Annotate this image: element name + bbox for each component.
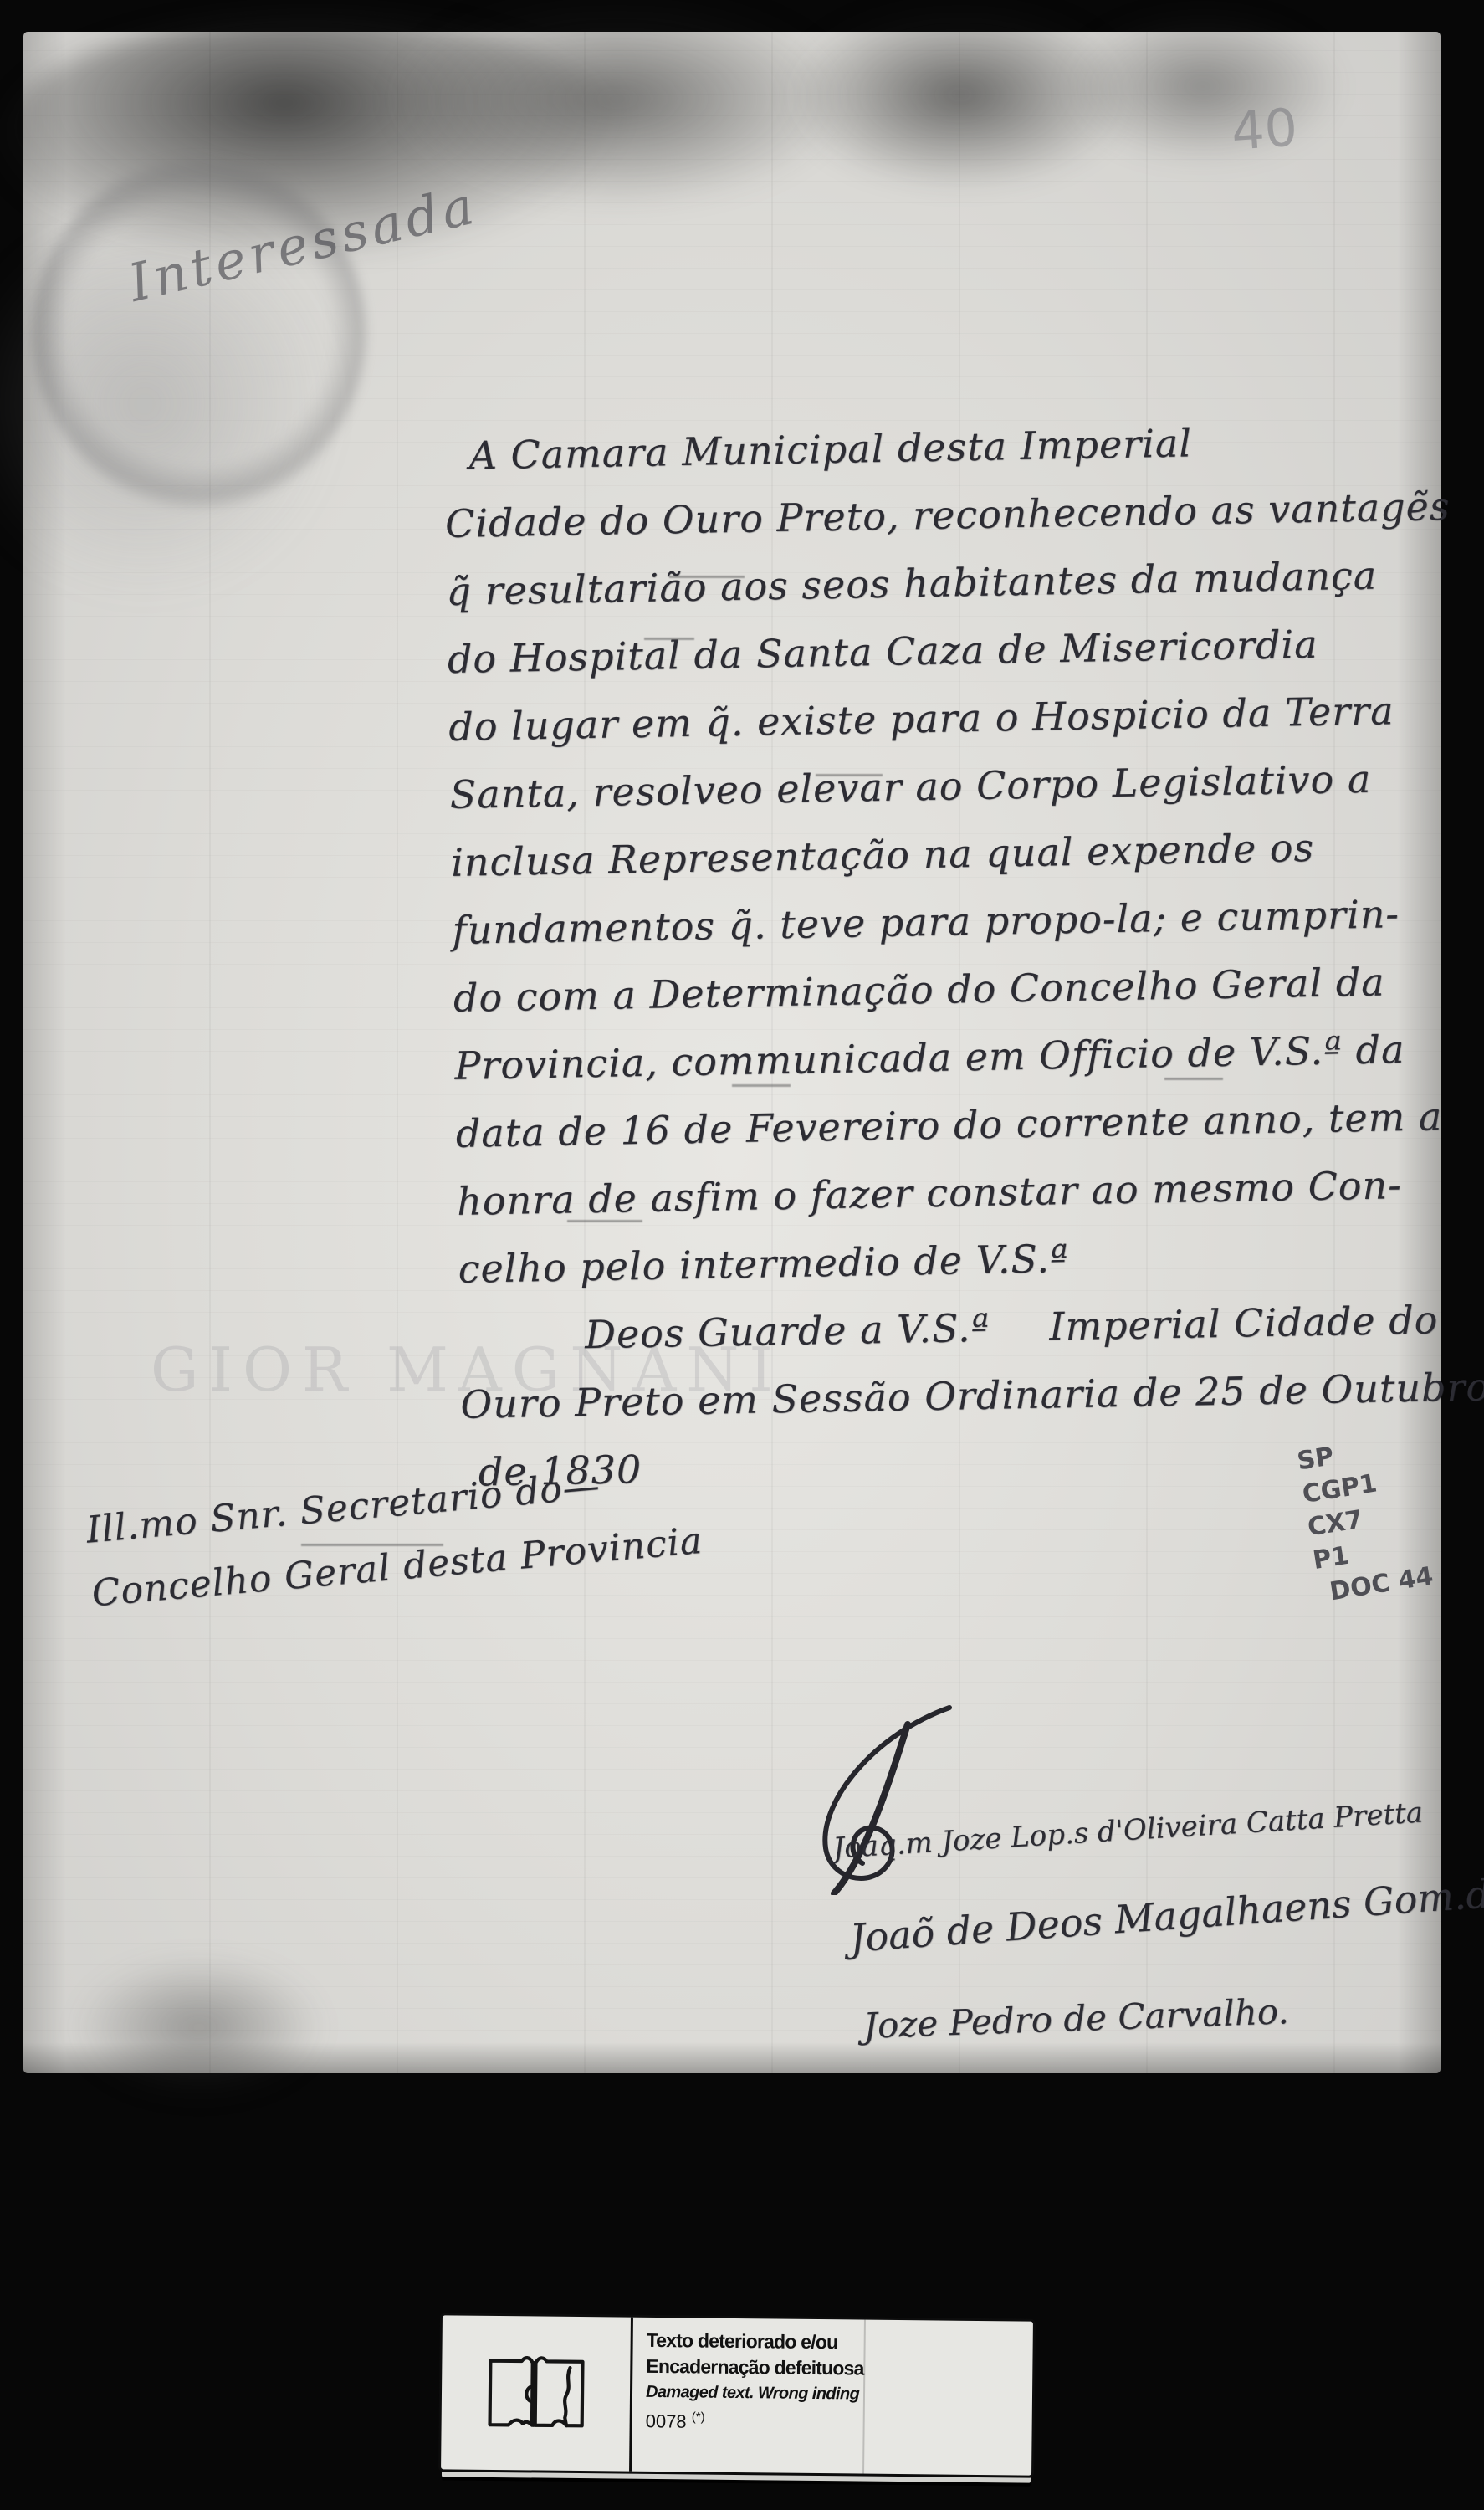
pencil-dash (567, 1220, 642, 1222)
pencil-dash (732, 1084, 791, 1087)
caption-code-mark: (*) (692, 2410, 705, 2424)
caption-line-en: Damaged text. Wrong inding (646, 2379, 1024, 2409)
pencil-dash (669, 576, 745, 578)
damaged-book-icon (477, 2343, 595, 2444)
caption-code-number: 0078 (646, 2410, 687, 2432)
pencil-dash (816, 774, 883, 776)
caption-text-cell: Texto deteriorado e/ou Encadernação defe… (632, 2318, 1033, 2476)
pencil-dash (301, 1544, 443, 1546)
page-number-pencil: 40 (1230, 96, 1300, 161)
letter-body: A Camara Municipal desta Imperial Cidade… (443, 405, 1484, 1507)
caption-icon-cell (441, 2315, 631, 2471)
caption-line-pt-1: Texto deteriorado e/ou (647, 2328, 1025, 2358)
signature-flourish (782, 1703, 983, 1895)
scanner-background: Interessada 40 GIOR MAGNANI A Camara Mun… (0, 0, 1484, 2510)
damage-caption-label: Texto deteriorado e/ou Encadernação defe… (438, 2313, 1036, 2477)
caption-code: 0078 (*) (646, 2405, 1024, 2438)
pencil-dash (1164, 1078, 1223, 1080)
pencil-dash (644, 638, 694, 640)
caption-line-pt-2: Encadernação defeituosa (646, 2354, 1024, 2384)
